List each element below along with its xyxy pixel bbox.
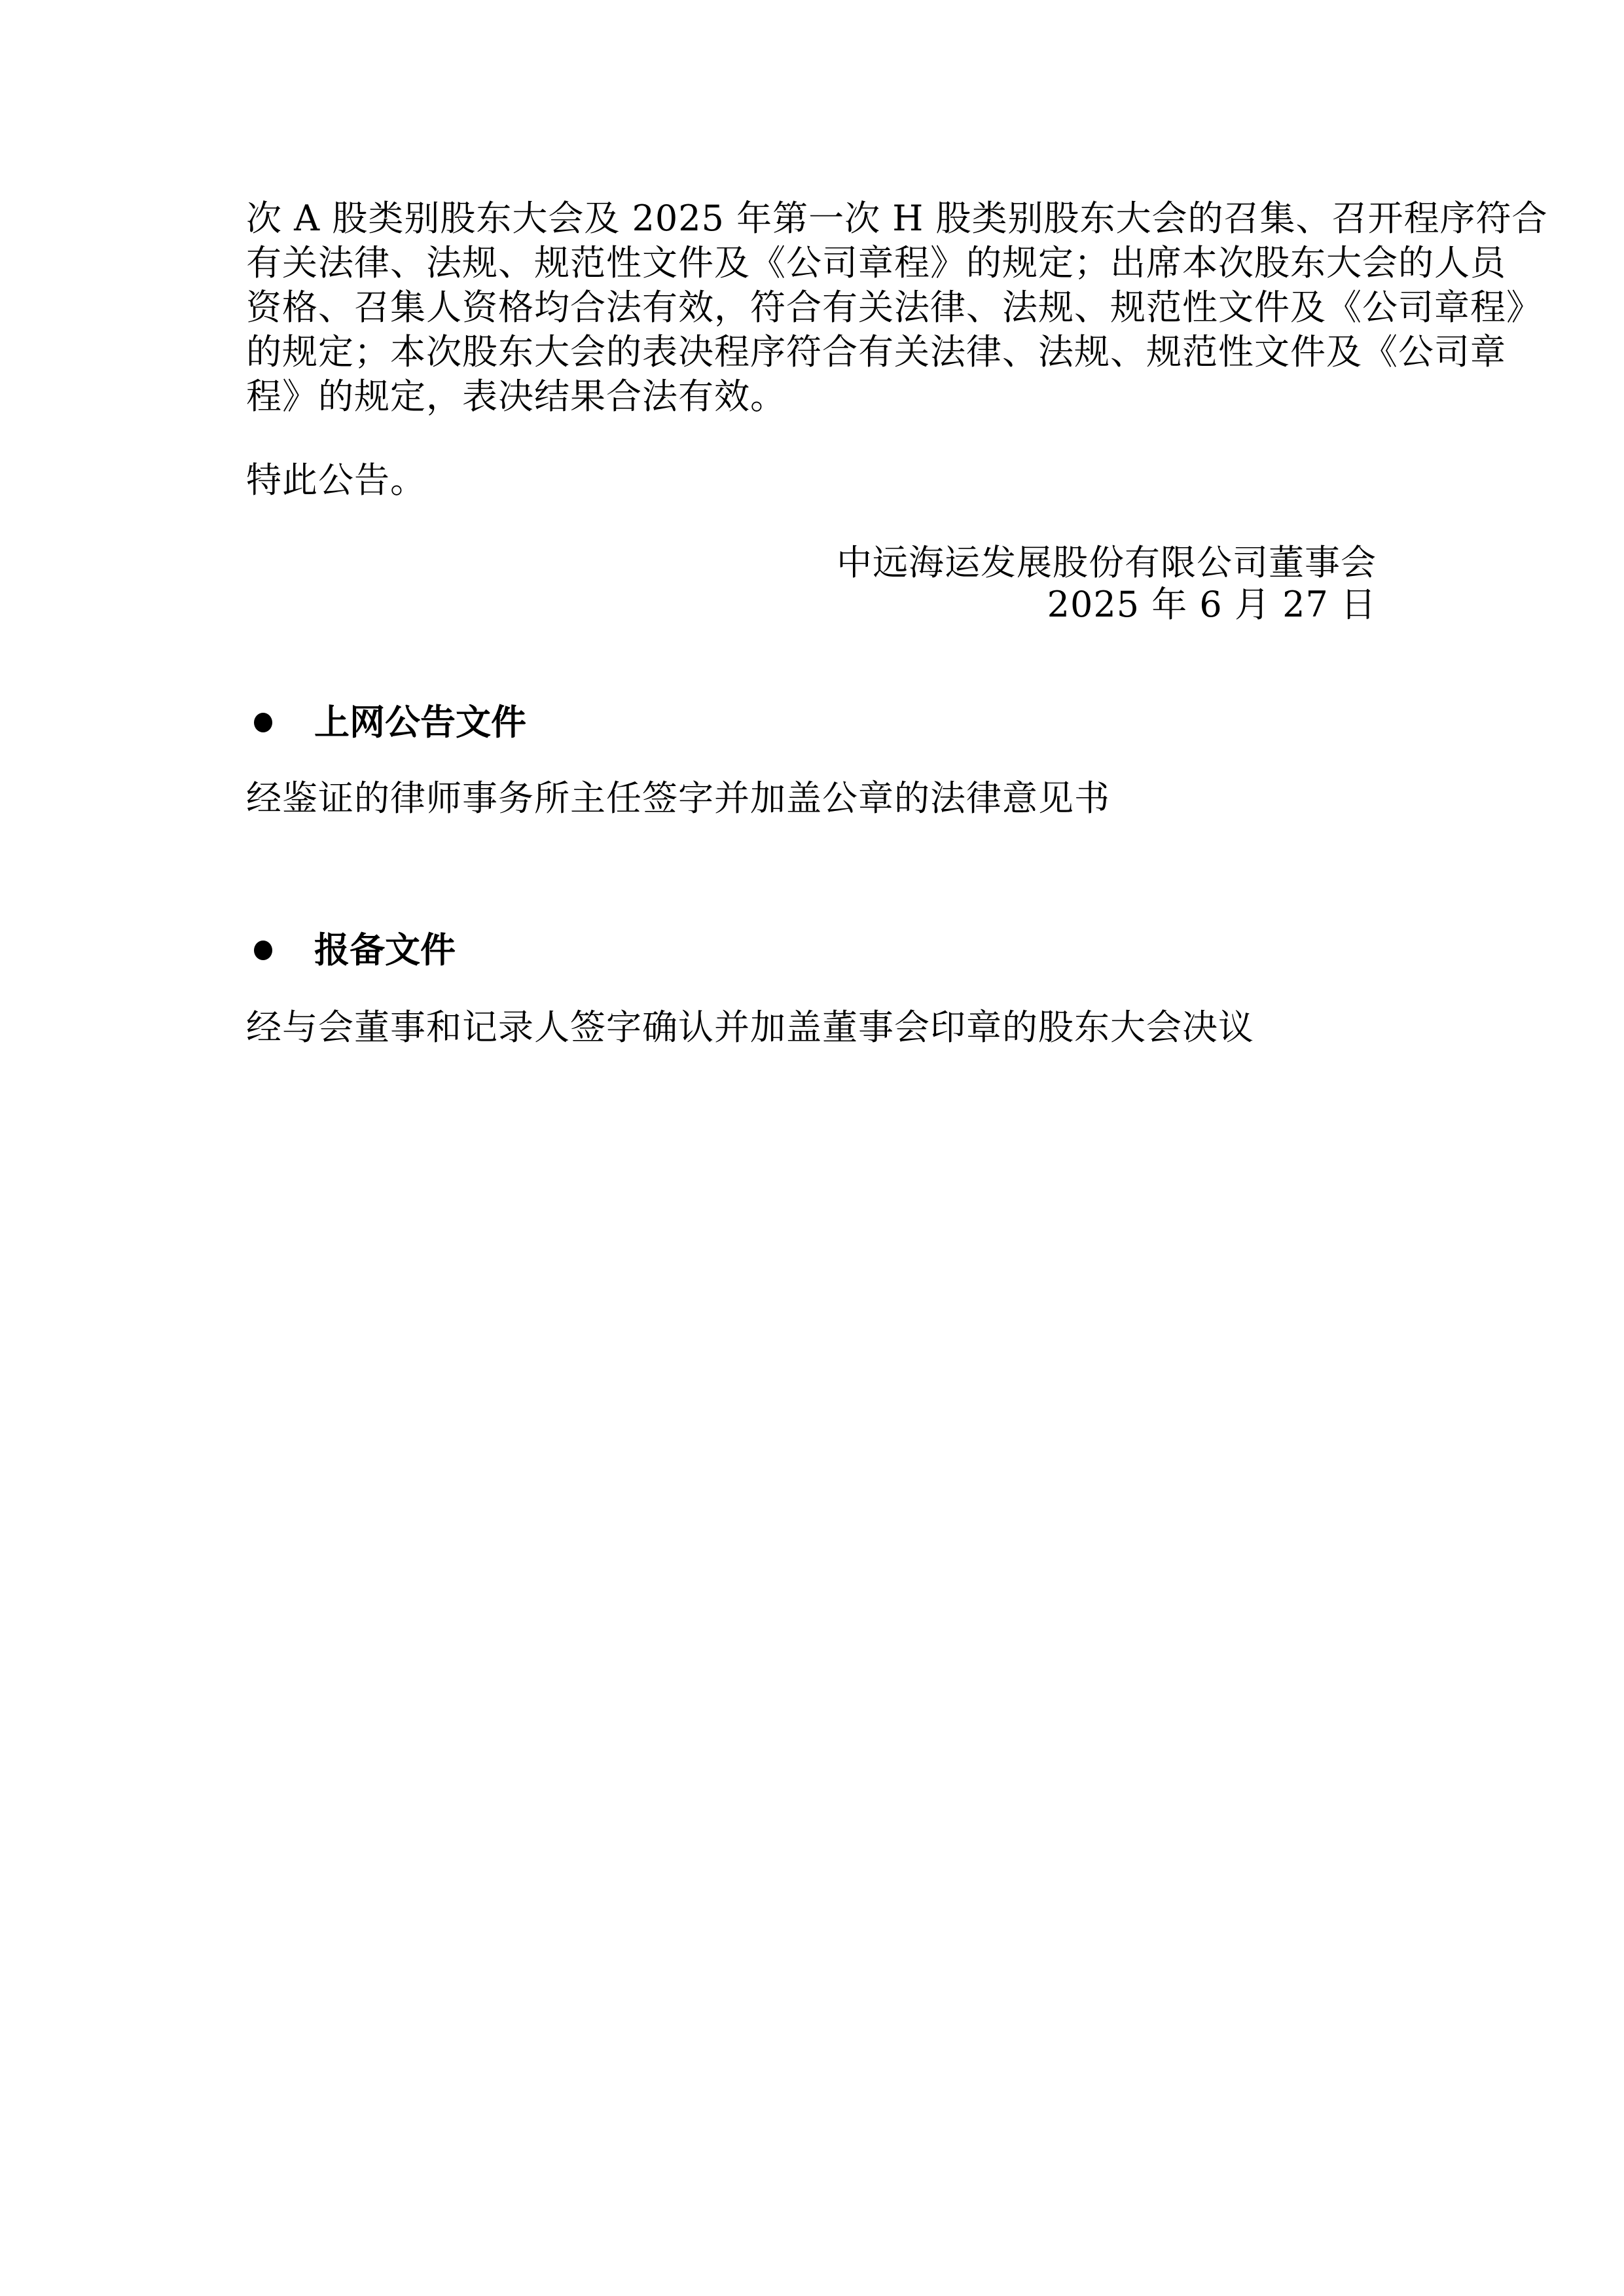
paragraph-line: 的规定；本次股东大会的表决程序符合有关法律、法规、规范性文件及《公司章 xyxy=(246,330,1382,374)
section-heading-text: 上网公告文件 xyxy=(314,700,526,745)
conclusion-paragraph: 次 A 股类别股东大会及 2025 年第一次 H 股类别股东大会的召集、召开程序… xyxy=(246,196,1382,419)
bullet-icon xyxy=(254,713,272,732)
closing-statement: 特此公告。 xyxy=(246,458,426,503)
section-heading-online-announcement: 上网公告文件 xyxy=(246,700,272,745)
bullet-icon xyxy=(254,941,272,960)
paragraph-line: 有关法律、法规、规范性文件及《公司章程》的规定；出席本次股东大会的人员 xyxy=(246,241,1382,285)
signature-date: 2025 年 6 月 27 日 xyxy=(1047,583,1377,627)
paragraph-line: 资格、召集人资格均合法有效，符合有关法律、法规、规范性文件及《公司章程》 xyxy=(246,285,1382,330)
paragraph-line: 程》的规定，表决结果合法有效。 xyxy=(246,374,1382,419)
paragraph-line: 次 A 股类别股东大会及 2025 年第一次 H 股类别股东大会的召集、召开程序… xyxy=(246,196,1382,241)
document-page: 次 A 股类别股东大会及 2025 年第一次 H 股类别股东大会的召集、召开程序… xyxy=(0,0,1624,2296)
section-heading-filing-documents: 报备文件 xyxy=(246,928,272,973)
section-body-online-announcement: 经鉴证的律师事务所主任签字并加盖公章的法律意见书 xyxy=(246,776,1110,821)
signature-issuer: 中远海运发展股份有限公司董事会 xyxy=(837,541,1377,585)
section-heading-text: 报备文件 xyxy=(314,928,456,973)
section-body-filing-documents: 经与会董事和记录人签字确认并加盖董事会印章的股东大会决议 xyxy=(246,1005,1254,1050)
